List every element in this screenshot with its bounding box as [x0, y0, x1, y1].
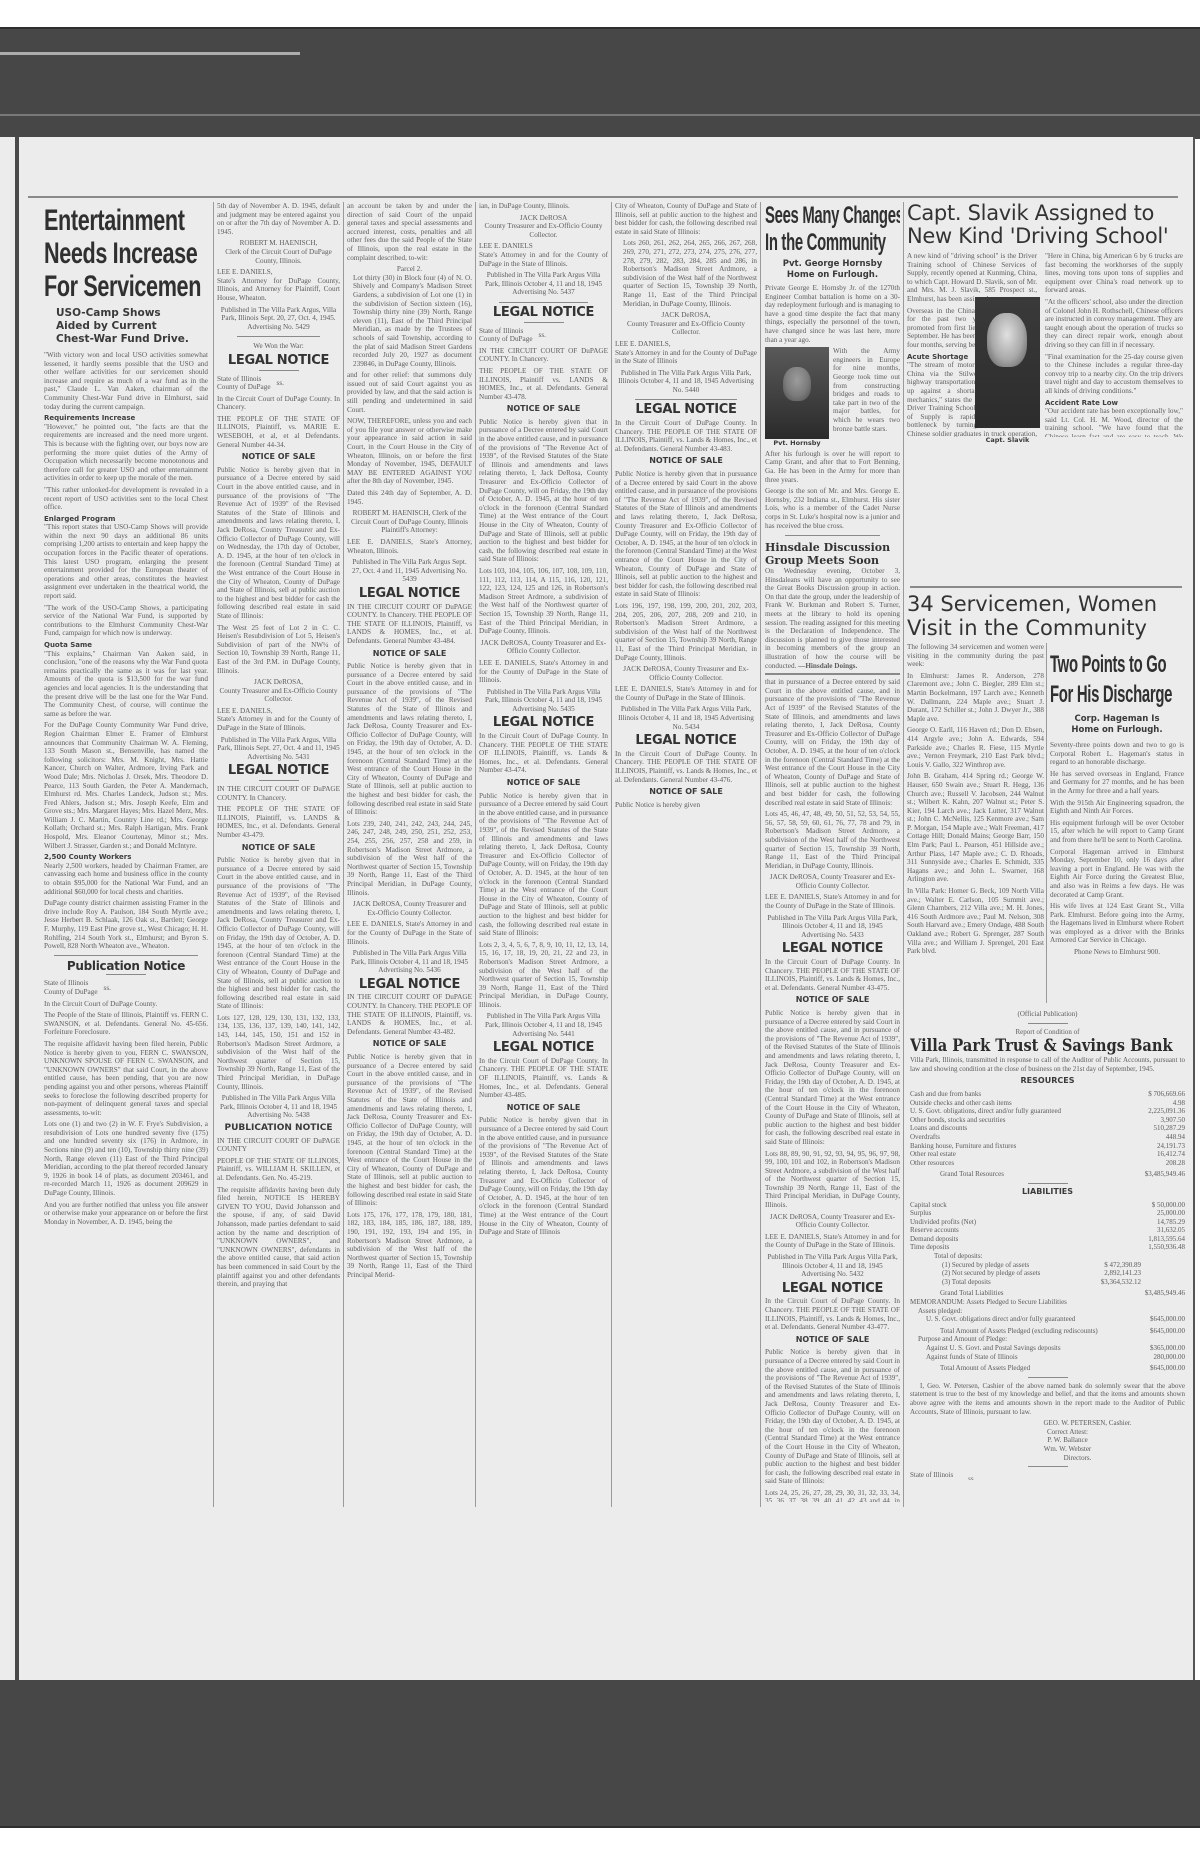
clerk-title: Clerk of the Circuit Court of DuPage Cou…: [217, 248, 340, 265]
legal-notices-col3: an account be taken by and under the dir…: [347, 202, 472, 1502]
parties: THE PEOPLE OF THE STATE OF ILLINOIS, Pla…: [217, 415, 340, 449]
deck-line: Home on Furlough.: [765, 270, 900, 281]
paragraph: Public Notice is hereby given that in pu…: [347, 1053, 472, 1208]
attorney-name: LEE E. DANIELS,: [615, 340, 757, 349]
paragraph: For the DuPage County Community War Fund…: [44, 721, 208, 850]
headline-line: Group Meets Soon: [765, 554, 900, 567]
lots: Lots 127, 128, 129, 130, 131, 132, 133, …: [217, 1014, 340, 1091]
legal-notice-title: LEGAL NOTICE: [217, 767, 340, 776]
deck-line: USO-Camp Shows: [56, 307, 208, 320]
value: $ 472,390.89: [1104, 1261, 1141, 1270]
article-slavik: Capt. Slavik Assigned to New Kind 'Drivi…: [907, 202, 1187, 248]
resource-row: Other bonds, stocks and securities3,907.…: [910, 1116, 1185, 1125]
ss-label: ss.: [968, 1475, 975, 1480]
article-hageman: Two Points to Go For His Discharge Corp.…: [1050, 650, 1184, 1005]
publication-info: Published in The Villa Park Argus Sept. …: [347, 558, 472, 584]
scan-noise: [0, 52, 300, 55]
paragraph: Public Notice is hereby given that in pu…: [217, 466, 340, 621]
paragraph: The requisite affidavit having been file…: [44, 1040, 208, 1117]
ss-label: ss.: [104, 984, 111, 993]
photo-caption: Capt. Slavik: [975, 436, 1040, 444]
treasurer-signature: JACK DeROSA, County Treasurer and Ex-Off…: [765, 1213, 900, 1230]
value: 14,785.29: [1157, 1218, 1185, 1227]
paragraph: Phone News to Elmhurst 900.: [1050, 948, 1184, 957]
liability-row: Time deposits1,550,936.48: [910, 1243, 1185, 1252]
bank-report: (Official Publication) Report of Conditi…: [910, 1010, 1185, 1480]
headline-line: New Kind 'Driving School': [907, 225, 1187, 248]
county-line: County of DuPage: [44, 988, 98, 997]
value: $ 706,669.66: [1148, 1090, 1185, 1099]
publication-info: Published in The Villa Park Argus Villa …: [615, 369, 757, 395]
notice-of-sale-title: NOTICE OF SALE: [217, 844, 340, 853]
bank-name: Villa Park Trust & Savings Bank: [910, 1036, 1147, 1056]
state-line: State of Illinois: [479, 327, 533, 336]
official-publication-label: (Official Publication): [910, 1010, 1185, 1019]
value: $645,000.00: [1150, 1364, 1185, 1373]
paragraph: "With victory won and local USO activiti…: [44, 351, 208, 411]
value: 3,907.50: [1161, 1116, 1186, 1125]
notice-of-sale-title: NOTICE OF SALE: [347, 650, 472, 659]
legal-notice-title: LEGAL NOTICE: [765, 945, 900, 954]
legal-notice-title: LEGAL NOTICE: [479, 1044, 608, 1053]
portrait-photo: [975, 297, 1040, 428]
label: Reserve accounts: [910, 1226, 959, 1235]
article-hornsby: Sees Many Changes In the Community Pvt. …: [765, 202, 900, 1502]
value: 280,000.00: [1154, 1353, 1186, 1362]
director-name: Wm. W. Webster: [910, 1445, 1185, 1454]
total-pledged-excl-row: Total Amount of Assets Pledged (excludin…: [910, 1327, 1185, 1336]
deck-hageman: Corp. Hageman Is Home on Furlough.: [1050, 714, 1184, 736]
paragraph: 5th day of November A. D. 1945, default …: [217, 202, 340, 236]
paragraph: A new kind of "driving school" is the Dr…: [907, 252, 1037, 304]
court-line: In the Circuit Court of DuPage County. I…: [765, 1297, 900, 1331]
lots: Lots 2, 3, 4, 5, 6, 7, 8, 9, 10, 11, 12,…: [479, 941, 608, 1010]
purpose-row: Against U. S. Govt. and Postal Savings d…: [926, 1344, 1185, 1353]
label: Outside checks and other cash items: [910, 1099, 1012, 1108]
label: Other bonds, stocks and securities: [910, 1116, 1005, 1125]
section-rule: [910, 586, 1182, 588]
paragraph: The following 34 servicemen and women we…: [907, 643, 1044, 669]
label: (1) Secured by pledge of assets: [942, 1261, 1029, 1270]
court-line: IN THE CIRCUIT COURT OF DuPAGE COUNTY. I…: [347, 603, 472, 646]
parties: The People of the State of Illinois, Pla…: [44, 1011, 208, 1037]
liability-row: Demand deposits1,813,595.64: [910, 1235, 1185, 1244]
court-line: In the Circuit Court of DuPage County. I…: [479, 732, 608, 775]
notice-of-sale-title: NOTICE OF SALE: [615, 788, 757, 797]
clerk-name: ROBERT M. HAENISCH,: [217, 239, 340, 248]
legal-notices-col4: ian, in DuPage County, Illinois. JACK De…: [479, 202, 608, 1502]
value: 1,813,595.64: [1148, 1235, 1185, 1244]
attorney-signature: LEE E. DANIELS, State's Attorney in and …: [479, 659, 608, 685]
publication-info: Published in The Villa Park Argus Villa …: [479, 688, 608, 714]
subhead: Requirements Increase: [44, 414, 208, 423]
directors-label: Directors.: [910, 1454, 1185, 1463]
headline-slavik: Capt. Slavik Assigned to New Kind 'Drivi…: [907, 202, 1187, 248]
attorney-title: State's Attorney in and for the County o…: [217, 715, 340, 732]
court-line: IN THE CIRCUIT COURT OF DuPAGE COUNTY. I…: [479, 347, 608, 364]
value: 1,550,936.48: [1148, 1243, 1185, 1252]
legal-notices-col5: City of Wheaton, County of DuPage and St…: [615, 202, 757, 1502]
memo-row: U. S. Govt. obligations direct and/or fu…: [926, 1315, 1185, 1324]
notice-of-sale-title: NOTICE OF SALE: [479, 405, 608, 414]
headline-hageman: Two Points to Go For His Discharge: [1050, 650, 1184, 710]
notice-of-sale-title: NOTICE OF SALE: [479, 779, 608, 788]
paragraph: "At the officers' school, also under the…: [1045, 298, 1183, 350]
treasurer-signature: JACK DeROSA, County Treasurer and Ex-Off…: [479, 639, 608, 656]
headline-line: Visit in the Community: [907, 616, 1187, 640]
headline-line: For His Discharge: [1050, 680, 1133, 710]
headline-line: Needs Increase: [44, 237, 162, 270]
paragraph: George is the son of Mr. and Mrs. George…: [765, 487, 900, 530]
publication-info: Published in The Villa Park Argus Villa …: [479, 1012, 608, 1038]
paragraph: "This rather unlooked-for development is…: [44, 486, 208, 512]
deposit-row: (1) Secured by pledge of assets$ 472,390…: [942, 1261, 1141, 1270]
top-rule: [28, 196, 1178, 198]
value: $365,000.00: [1150, 1344, 1185, 1353]
correct-attest: Correct Attest:: [910, 1428, 1185, 1437]
notice-of-sale-title: NOTICE OF SALE: [765, 1336, 900, 1345]
credit: —Hinsdale Doings.: [798, 662, 857, 670]
column-rule: [903, 202, 904, 1507]
subhead: Enlarged Program: [44, 515, 208, 524]
paragraph: His equipment furlough will be over Octo…: [1050, 819, 1184, 845]
publication-info: Published in The Villa Park Argus Villa …: [615, 705, 757, 731]
label: Total Amount of Assets Pledged: [940, 1364, 1030, 1373]
parties: THE PEOPLE OF THE STATE OF ILLINOIS, Pla…: [217, 805, 340, 839]
headline-line: In the Community: [765, 229, 849, 256]
paragraph: Public Notice is hereby given that in pu…: [479, 418, 608, 564]
label: Time deposits: [910, 1243, 949, 1252]
kicker: We Won the War:: [217, 342, 340, 351]
grand-total-liabilities-row: Grand Total Liabilities$3,485,949.46: [910, 1289, 1185, 1298]
legal-notice-title: LEGAL NOTICE: [765, 1285, 900, 1294]
county-line: County of DuPage: [217, 383, 271, 392]
label: Against U. S. Govt. and Postal Savings d…: [926, 1344, 1061, 1353]
value: $3,364,532.12: [1101, 1278, 1141, 1287]
paragraph: Corporal Hageman arrived in Elmhurst Mon…: [1050, 848, 1184, 900]
paragraph: Public Notice is hereby given: [615, 801, 757, 810]
slavik-col-right: "Here in China, big American 6 by 6 truc…: [1045, 252, 1183, 437]
legal-notice-title: LEGAL NOTICE: [479, 309, 608, 318]
value: 25,000.00: [1157, 1209, 1185, 1218]
court-line: In the Circuit Court of DuPage County. I…: [615, 419, 757, 453]
photo-slavik: Capt. Slavik: [975, 297, 1040, 444]
legal-notice-title: LEGAL NOTICE: [615, 406, 757, 415]
paragraph: Public Notice is hereby given that in pu…: [479, 1116, 608, 1236]
label: (2) Not secured by pledge of assets: [942, 1269, 1040, 1278]
memo-list: U. S. Govt. obligations direct and/or fu…: [910, 1315, 1185, 1324]
paragraph: Public Notice is hereby given that in pu…: [615, 470, 757, 599]
affidavit: I, Geo. W. Petersen, Cashier of the abov…: [910, 1382, 1185, 1416]
notice-of-sale-title: NOTICE OF SALE: [347, 1040, 472, 1049]
headline-line: Capt. Slavik Assigned to: [907, 202, 1187, 225]
deck-line: Pvt. George Hornsby: [765, 259, 900, 270]
headline-line: 34 Servicemen, Women: [907, 592, 1187, 616]
paragraph: "Final examination for the 25-day course…: [1045, 353, 1183, 396]
paragraph: NOW, THEREFORE, unless you and each of y…: [347, 417, 472, 486]
deck-uso: USO-Camp Shows Aided by Current Chest-Wa…: [44, 307, 208, 346]
attorney-name: LEE E. DANIELS,: [217, 707, 340, 716]
treasurer-signature: JACK DeROSA, County Treasurer and Ex-Off…: [347, 900, 472, 917]
court-line: In the Circuit Court of DuPage County. I…: [615, 750, 757, 784]
venue-block: State of IllinoisCounty of DuPagess.: [910, 1471, 1185, 1480]
lots: Lots 175, 176, 177, 178, 179, 180, 181, …: [347, 1211, 472, 1280]
label: Grand Total Liabilities: [940, 1289, 1004, 1298]
parcel: The West 25 feet of Lot 2 in C. C. Heise…: [217, 624, 340, 676]
ss-label: ss.: [277, 379, 284, 388]
lots: Lots 239, 240, 241, 242, 243, 244, 245, …: [347, 820, 472, 897]
paragraph: "This report states that USO-Camp Shows …: [44, 523, 208, 600]
paragraph: On Wednesday evening, October 3, Hinsdal…: [765, 567, 900, 670]
deck-line: Chest-War Fund Drive.: [56, 333, 208, 346]
treasurer-signature: JACK DeROSA, County Treasurer and Ex-Off…: [765, 873, 900, 890]
deck-hornsby: Pvt. George Hornsby Home on Furlough.: [765, 259, 900, 281]
paragraph: DuPage county district chairmen assistin…: [44, 899, 208, 951]
resource-row: Other real estate16,412.74: [910, 1150, 1185, 1159]
headline-hinsdale: Hinsdale Discussion Group Meets Soon: [765, 541, 900, 567]
value: 31,632.05: [1157, 1226, 1185, 1235]
column-rule: [213, 202, 214, 1507]
publication-notice-title: PUBLICATION NOTICE: [217, 1124, 340, 1133]
column-rule: [343, 202, 344, 1507]
treasurer-title: County Treasurer and Ex-Officio County C…: [479, 222, 608, 239]
deck-line: Home on Furlough.: [1050, 725, 1184, 736]
purpose-list: Against U. S. Govt. and Postal Savings d…: [910, 1344, 1185, 1361]
attorney-signature: LEE E. DANIELS, State's Attorney in and …: [765, 893, 900, 910]
treasurer-name: JACK DeROSA,: [615, 311, 757, 320]
court-line: IN THE CIRCUIT COURT OF DuPAGE COUNTY. I…: [347, 993, 472, 1036]
paragraph: The requisite affidavits having been dul…: [217, 1186, 340, 1289]
notice-of-sale-title: NOTICE OF SALE: [765, 996, 900, 1005]
deck-line: Aided by Current: [56, 320, 208, 333]
publication-info: Published in The Villa Park Argus Villa …: [217, 1094, 340, 1120]
headline-line: Two Points to Go: [1050, 650, 1133, 680]
headline-servicemen: 34 Servicemen, Women Visit in the Commun…: [907, 592, 1187, 640]
parties: THE PEOPLE OF THE STATE OF ILLINOIS, Pla…: [479, 367, 608, 401]
court-line: In the Circuit Court of DuPage County.: [44, 1000, 208, 1009]
attorney-signature: LEE E. DANIELS, State's Attorney in and …: [765, 1233, 900, 1250]
lots: Lots 103, 104, 105, 106, 107, 108, 109, …: [479, 567, 608, 636]
state-line: State of Illinois: [44, 979, 98, 988]
paragraph: Public Notice is hereby given that in pu…: [217, 856, 340, 1011]
parties: PEOPLE OF THE STATE OF ILLINOIS, Plainti…: [217, 1157, 340, 1183]
court-line: In the Circuit Court of DuPage County. I…: [217, 395, 340, 412]
headline-uso: Entertainment Needs Increase For Service…: [44, 204, 208, 303]
paragraph: Public Notice is hereby given that in pu…: [479, 792, 608, 938]
label: Demand deposits: [910, 1235, 958, 1244]
purpose-label: Purpose and Amount of Pledge:: [910, 1335, 1185, 1344]
lots: Lots 45, 46, 47, 48, 49, 50, 51, 52, 53,…: [765, 810, 900, 870]
treasurer-name: JACK DeROSA,: [217, 678, 340, 687]
label: Other real estate: [910, 1150, 956, 1159]
deck-line: Corp. Hageman Is: [1050, 714, 1184, 725]
attorney-signature: LEE E. DANIELS, State's Attorney in and …: [615, 685, 757, 702]
paragraph: City of Wheaton, County of DuPage and St…: [615, 202, 757, 236]
lots: Lots 24, 25, 26, 27, 28, 29, 30, 31, 32,…: [765, 1489, 900, 1502]
page-edge-rule: [15, 137, 19, 1680]
lots: Lots 88, 89, 90, 91, 92, 93, 94, 95, 96,…: [765, 1150, 900, 1210]
paragraph: Public Notice is hereby given that in pu…: [347, 662, 472, 817]
column-rule: [1046, 643, 1047, 1003]
label: Banking house, Furniture and fixtures: [910, 1142, 1016, 1151]
publication-info: Published in The Villa Park Argus Villa …: [765, 1253, 900, 1279]
resource-row: Overdrafts448.94: [910, 1133, 1185, 1142]
paragraph: He has served overseas in England, Franc…: [1050, 770, 1184, 796]
parcel: Lot thirty (30) in Block four (4) of N. …: [347, 274, 472, 369]
resource-row: Outside checks and other cash items4.98: [910, 1099, 1185, 1108]
value: 448.94: [1166, 1133, 1185, 1142]
paragraph: Public Notice is hereby given that in pu…: [765, 1009, 900, 1147]
paragraph: And you are further notified that unless…: [44, 1201, 208, 1227]
column-rule: [475, 202, 476, 1507]
value: 16,412.74: [1157, 1150, 1185, 1159]
county-line: County of DuPage: [479, 335, 533, 344]
column-rule: [760, 202, 761, 1507]
total-deposits-row: (3) Total deposits$3,364,532.12: [910, 1278, 1185, 1287]
treasurer-title: County Treasurer and Ex-Officio County C…: [217, 687, 340, 704]
paragraph: "This explains," Chairman Van Aaken said…: [44, 650, 208, 719]
state-line: State of Illinois: [217, 375, 271, 384]
paragraph: John B. Graham, 414 Spring rd.; George W…: [907, 772, 1044, 884]
article-uso: Entertainment Needs Increase For Service…: [44, 202, 208, 1502]
headline-line: Entertainment: [44, 204, 162, 237]
court-line: IN THE CIRCUIT COURT OF DuPAGE COUNTY. I…: [217, 785, 340, 802]
label: Overdrafts: [910, 1133, 940, 1142]
label: Capital stock: [910, 1201, 947, 1210]
deposit-row: (2) Not secured by pledge of assets2,892…: [942, 1269, 1141, 1278]
label: Cash and due from banks: [910, 1090, 981, 1099]
paragraph: "Our accident rate has been exceptionall…: [1045, 407, 1183, 437]
memorandum-title: MEMORANDUM: Assets Pledged to Secure Lia…: [910, 1298, 1185, 1307]
cashier-signature: GEO. W. PETERSEN, Cashier.: [910, 1419, 1185, 1428]
resource-row: Cash and due from banks$ 706,669.66: [910, 1090, 1185, 1099]
paragraph: In Villa Park: Homer G. Beck, 109 North …: [907, 887, 1044, 956]
paragraph: "However," he pointed out, "the facts ar…: [44, 423, 208, 483]
headline-line: Hinsdale Discussion: [765, 541, 900, 554]
legal-notice-title: LEGAL NOTICE: [347, 981, 472, 990]
label: Loans and discounts: [910, 1124, 967, 1133]
purpose-row: Against funds of State of Illinois280,00…: [926, 1353, 1185, 1362]
value: 24,191.73: [1157, 1142, 1185, 1151]
paragraph: Private George E. Hornsby Jr. of the 127…: [765, 284, 900, 344]
paragraph: With the 915th Air Engineering squadron,…: [1050, 799, 1184, 816]
legal-notice-title: LEGAL NOTICE: [217, 357, 340, 366]
bank-intro: Villa Park, Illinois, transmitted in res…: [910, 1056, 1185, 1073]
scan-header-band: [0, 27, 1200, 139]
value: 2,892,141.23: [1104, 1269, 1141, 1278]
publication-info: Published in The Villa Park Argus Villa …: [765, 914, 900, 940]
venue-block: State of IllinoisCounty of DuPage ss.: [44, 979, 208, 996]
attorney-title: State's Attorney in and for the County o…: [615, 349, 757, 366]
notice-of-sale-title: NOTICE OF SALE: [479, 1104, 608, 1113]
headline-line: Sees Many Changes: [765, 202, 849, 229]
assets-pledged-label: Assets pledged:: [910, 1307, 1185, 1316]
publication-info: Published in The Villa Park Argus Villa …: [479, 271, 608, 297]
publication-info: Published in The Villa Park Argus, Villa…: [217, 306, 340, 332]
attorney-title: State's Attorney for DuPage County, Illi…: [217, 277, 340, 303]
clerk-signature: ROBERT M. HAENISCH, Clerk of the Circuit…: [347, 509, 472, 535]
grand-total-resources-row: Grand Total Resources$3,485,949.46: [910, 1170, 1185, 1179]
director-name: P. W. Ballance: [910, 1436, 1185, 1445]
paragraph: Nearly 2,500 workers, headed by Chairman…: [44, 862, 208, 896]
photo-caption: Pvt. Hornsby: [765, 439, 829, 448]
face: [987, 313, 1027, 367]
resource-row: Banking house, Furniture and fixtures24,…: [910, 1142, 1185, 1151]
treasurer-title: County Treasurer and Ex-Officio County C…: [615, 320, 757, 337]
paragraph: George O. Earll, 116 Haven rd.; Don D. E…: [907, 726, 1044, 769]
court-line: In the Circuit Court of DuPage County. I…: [765, 958, 900, 992]
label: U. S. Govt. obligations, direct and/or f…: [910, 1107, 1061, 1116]
label: Other resources: [910, 1159, 954, 1168]
label: U. S. Govt. obligations direct and/or fu…: [926, 1315, 1075, 1324]
label: (3) Total deposits: [942, 1278, 991, 1287]
paragraph: Seventy-three points down and two to go …: [1050, 741, 1184, 767]
face: [783, 367, 811, 401]
total-deposits-label: Total of deposits:: [910, 1252, 1185, 1261]
court-line: IN THE CIRCUIT COURT OF DuPAGE COUNTY: [217, 1137, 340, 1154]
publication-info: Published in The Villa Park Argus Villa …: [347, 949, 472, 975]
notice-of-sale-title: NOTICE OF SALE: [217, 453, 340, 462]
value: $645,000.00: [1150, 1327, 1185, 1336]
legal-notice-title: LEGAL NOTICE: [615, 737, 757, 746]
column-rule: [611, 202, 612, 1507]
state-line: State of Illinois: [910, 1471, 962, 1480]
legal-notice-title: LEGAL NOTICE: [347, 590, 472, 599]
value: 208.28: [1166, 1159, 1185, 1168]
parcel-title: Parcel 2.: [347, 265, 472, 274]
publication-notice-title: Publication Notice: [44, 962, 208, 971]
paragraph: His wife lives at 124 East Grant St., Vi…: [1050, 902, 1184, 945]
label: Total Amount of Assets Pledged (excludin…: [940, 1327, 1098, 1336]
paragraph: "Here in China, big American 6 by 6 truc…: [1045, 252, 1183, 295]
paragraph: an account be taken by and under the dir…: [347, 202, 472, 262]
lots: Lots 196, 197, 198, 199, 200, 201, 202, …: [615, 602, 757, 662]
liabilities-title: LIABILITIES: [910, 1188, 1185, 1197]
legal-notices-col2: 5th day of November A. D. 1945, default …: [217, 202, 340, 1502]
label: Undivided profits (Net): [910, 1218, 976, 1227]
liabilities-list: Capital stock$ 50,000.00Surplus25,000.00…: [910, 1201, 1185, 1253]
legal-notice-title: LEGAL NOTICE: [479, 719, 608, 728]
resource-row: Loans and discounts510,287.29: [910, 1124, 1185, 1133]
label: Surplus: [910, 1209, 931, 1218]
ss-label: ss.: [539, 331, 546, 340]
value: 510,287.29: [1154, 1124, 1186, 1133]
resources-title: RESOURCES: [910, 1077, 1185, 1086]
resources-list: Cash and due from banks$ 706,669.66Outsi…: [910, 1090, 1185, 1167]
attorney-name: LEE E. DANIELS,: [217, 268, 340, 277]
paragraph: ian, in DuPage County, Illinois.: [479, 202, 608, 211]
hinsdale-body: On Wednesday evening, October 3, Hinsdal…: [765, 567, 900, 670]
scan-noise: [0, 114, 1200, 116]
treasurer-signature: JACK DeROSA, County Treasurer and Ex-Off…: [615, 665, 757, 682]
portrait-photo: [765, 347, 829, 439]
value: $3,485,949.46: [1145, 1289, 1185, 1298]
paragraph: After his furlough is over he will repor…: [765, 450, 900, 484]
resource-row: Other resources208.28: [910, 1159, 1185, 1168]
liability-row: Surplus25,000.00: [910, 1209, 1185, 1218]
attorney-signature: LEE E. DANIELS, State's Attorney, Wheato…: [347, 538, 472, 555]
value: $645,000.00: [1150, 1315, 1185, 1324]
value: 4.98: [1173, 1099, 1185, 1108]
photo-hornsby: Pvt. Hornsby: [765, 347, 829, 448]
liability-row: Capital stock$ 50,000.00: [910, 1201, 1185, 1210]
label: Grand Total Resources: [940, 1170, 1004, 1179]
headline-hornsby: Sees Many Changes In the Community: [765, 202, 900, 256]
notice-of-sale-title: NOTICE OF SALE: [615, 457, 757, 466]
liability-row: Reserve accounts31,632.05: [910, 1226, 1185, 1235]
label: Against funds of State of Illinois: [926, 1353, 1018, 1362]
publication-info: Published in The Villa Park Argus, Villa…: [217, 736, 340, 762]
